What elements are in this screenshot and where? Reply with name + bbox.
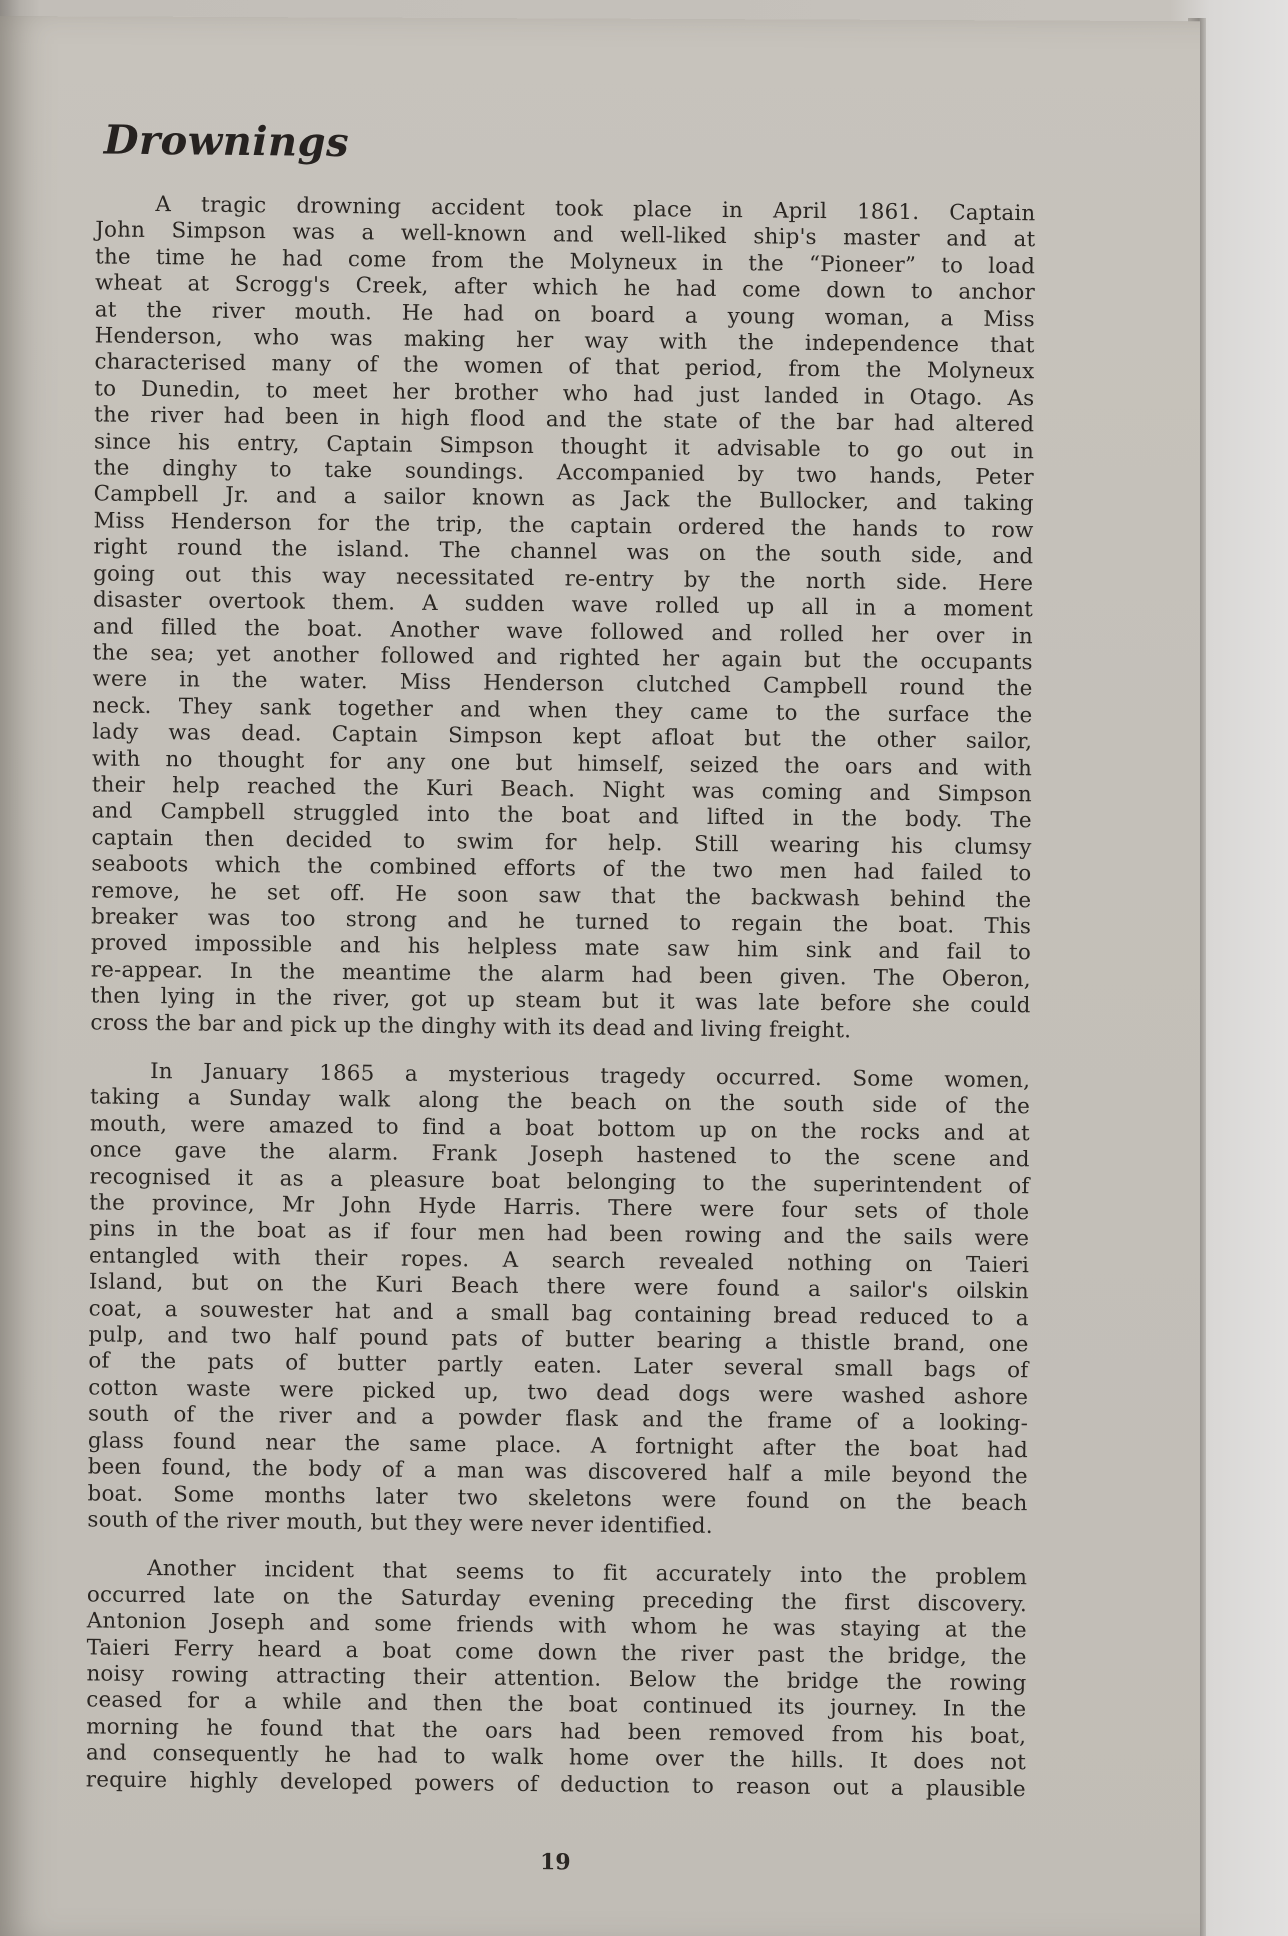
paragraph-simpson-drowning: A tragic drowning accident took place in… bbox=[90, 191, 1035, 1046]
paragraph-january-1865-tragedy: In January 1865 a mysterious tragedy occ… bbox=[87, 1058, 1030, 1543]
book-page: Drownings A tragic drowning accident too… bbox=[0, 16, 1200, 1936]
page-content: Drownings A tragic drowning accident too… bbox=[86, 116, 1036, 1803]
paragraph-another-incident: Another incident that seems to fit accur… bbox=[86, 1556, 1027, 1803]
chapter-title: Drownings bbox=[104, 117, 1036, 174]
page-number: 19 bbox=[85, 1844, 1025, 1880]
